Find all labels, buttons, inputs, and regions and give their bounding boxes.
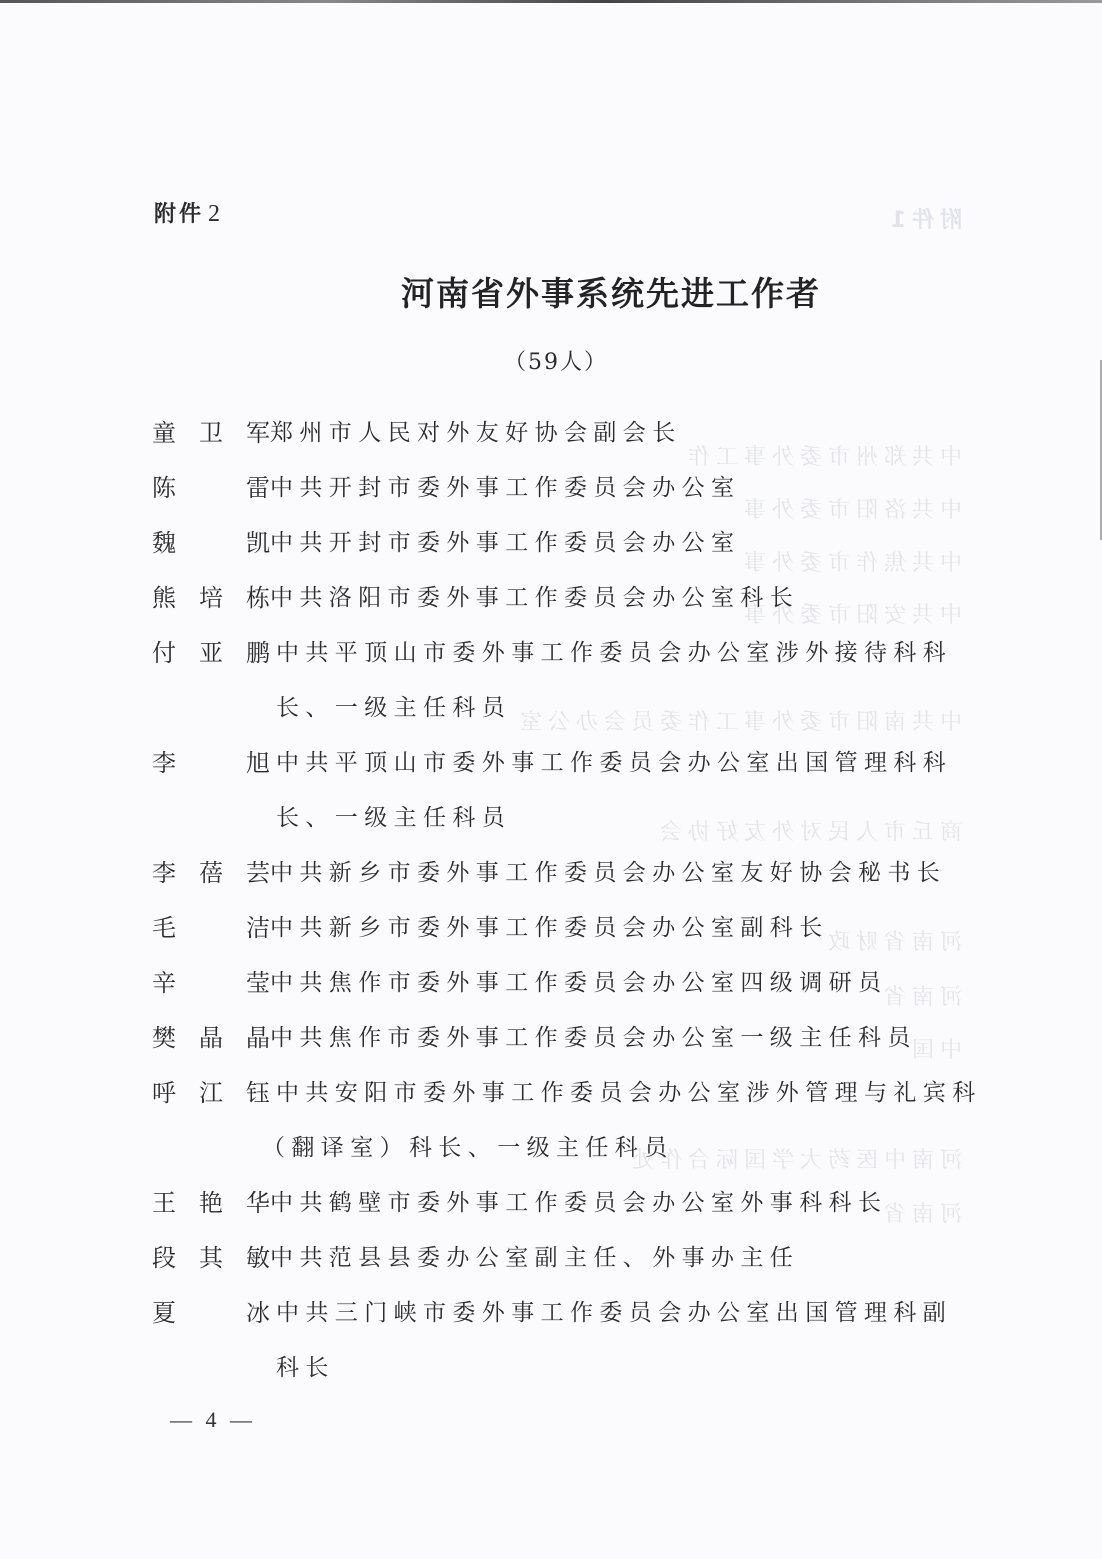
awardee-name-char: 樊 — [152, 1025, 176, 1080]
awardee-position: 中共三门峡市委外事工作委员会办公室出国管理科副科长 — [270, 1300, 972, 1410]
awardee-position-line: 中共三门峡市委外事工作委员会办公室出国管理科副 — [276, 1300, 972, 1355]
awardee-position-line: 长、一级主任科员 — [276, 805, 972, 860]
awardee-name: 童卫军 — [152, 420, 270, 475]
list-item: 段其敏中共范县县委办公室副主任、外事办主任 — [152, 1245, 972, 1300]
awardee-name-char: 熊 — [152, 585, 176, 640]
list-item: 呼江钰中共安阳市委外事工作委员会办公室涉外管理与礼宾科（翻译室）科长、一级主任科… — [152, 1080, 972, 1190]
list-item: 陈雷中共开封市委外事工作委员会办公室 — [152, 475, 972, 530]
awardee-name-char: 夏 — [152, 1300, 176, 1355]
awardee-position-line: 长、一级主任科员 — [276, 695, 972, 750]
awardee-name-char: 栋 — [246, 585, 270, 640]
awardee-position: 中共鹤壁市委外事工作委员会办公室外事科科长 — [270, 1190, 972, 1245]
awardee-position-line: （翻译室）科长、一级主任科员 — [262, 1135, 982, 1190]
awardee-name-char: 艳 — [199, 1190, 223, 1245]
awardee-name-char: 毛 — [152, 915, 176, 970]
list-item: 王艳华中共鹤壁市委外事工作委员会办公室外事科科长 — [152, 1190, 972, 1245]
list-item: 童卫军郑州市人民对外友好协会副会长 — [152, 420, 972, 475]
awardee-position: 中共洛阳市委外事工作委员会办公室科长 — [270, 585, 972, 640]
awardee-name-char: 晶 — [246, 1025, 270, 1080]
awardee-name: 李蓓芸 — [152, 860, 270, 915]
awardee-name-char: 陈 — [152, 475, 176, 530]
awardee-name-char: 凯 — [246, 530, 270, 585]
awardee-name: 李旭 — [152, 750, 270, 805]
awardee-position-line: 科长 — [276, 1355, 972, 1410]
awardee-position-line: 中共焦作市委外事工作委员会办公室四级调研员 — [270, 970, 972, 1025]
awardee-name: 夏冰 — [152, 1300, 270, 1355]
awardee-position-line: 中共范县县委办公室副主任、外事办主任 — [270, 1245, 972, 1300]
awardee-position-line: 中共平顶山市委外事工作委员会办公室涉外接待科科 — [276, 640, 972, 695]
awardee-name-char: 培 — [199, 585, 223, 640]
list-item: 熊培栋中共洛阳市委外事工作委员会办公室科长 — [152, 585, 972, 640]
awardee-name: 付亚鹏 — [152, 640, 270, 695]
awardee-name-char: 卫 — [199, 420, 223, 475]
awardee-name-char: 雷 — [246, 475, 270, 530]
awardee-name-char: 江 — [199, 1080, 223, 1135]
attachment-number: 2 — [208, 201, 223, 227]
page-number: — 4 — — [170, 1407, 256, 1433]
awardee-name-char: 李 — [152, 860, 176, 915]
scan-top-edge — [0, 0, 1102, 3]
awardee-name-char: 魏 — [152, 530, 176, 585]
awardee-name-char: 鹏 — [246, 640, 270, 695]
awardee-name-char: 晶 — [199, 1025, 223, 1080]
awardee-name-char: 童 — [152, 420, 176, 475]
awardee-position: 中共焦作市委外事工作委员会办公室一级主任科员 — [270, 1025, 972, 1080]
awardee-position: 中共焦作市委外事工作委员会办公室四级调研员 — [270, 970, 972, 1025]
page-subtitle: （59人） — [0, 345, 1102, 376]
awardee-name-char: 呼 — [152, 1080, 176, 1135]
awardee-position-line: 中共鹤壁市委外事工作委员会办公室外事科科长 — [270, 1190, 972, 1245]
awardee-name-char: 冰 — [246, 1300, 270, 1355]
list-item: 李蓓芸中共新乡市委外事工作委员会办公室友好协会秘书长 — [152, 860, 972, 915]
list-item: 毛洁中共新乡市委外事工作委员会办公室副科长 — [152, 915, 972, 970]
awardee-position: 中共开封市委外事工作委员会办公室 — [270, 530, 972, 585]
attachment-label: 附件2 — [154, 197, 223, 228]
awardee-name: 熊培栋 — [152, 585, 270, 640]
awardee-name: 辛莹 — [152, 970, 270, 1025]
awardee-position: 中共平顶山市委外事工作委员会办公室出国管理科科长、一级主任科员 — [270, 750, 972, 860]
awardee-name-char: 芸 — [246, 860, 270, 915]
awardee-position: 中共新乡市委外事工作委员会办公室友好协会秘书长 — [270, 860, 972, 915]
awardee-name-char: 王 — [152, 1190, 176, 1245]
awardee-name-char: 辛 — [152, 970, 176, 1025]
awardee-list: 童卫军郑州市人民对外友好协会副会长陈雷中共开封市委外事工作委员会办公室魏凯中共开… — [152, 420, 972, 1410]
awardee-name: 王艳华 — [152, 1190, 270, 1245]
awardee-position: 中共新乡市委外事工作委员会办公室副科长 — [270, 915, 972, 970]
awardee-name-char: 洁 — [246, 915, 270, 970]
awardee-position-line: 郑州市人民对外友好协会副会长 — [270, 420, 972, 475]
page-title: 河南省外事系统先进工作者 — [0, 268, 1102, 315]
awardee-name-char: 付 — [152, 640, 176, 695]
list-item: 付亚鹏中共平顶山市委外事工作委员会办公室涉外接待科科长、一级主任科员 — [152, 640, 972, 750]
awardee-name-char: 李 — [152, 750, 176, 805]
awardee-position: 中共安阳市委外事工作委员会办公室涉外管理与礼宾科（翻译室）科长、一级主任科员 — [270, 1080, 982, 1190]
attachment-label-text: 附件 — [154, 202, 204, 227]
awardee-name-char: 华 — [246, 1190, 270, 1245]
list-item: 夏冰中共三门峡市委外事工作委员会办公室出国管理科副科长 — [152, 1300, 972, 1410]
awardee-position-line: 中共平顶山市委外事工作委员会办公室出国管理科科 — [276, 750, 972, 805]
list-item: 辛莹中共焦作市委外事工作委员会办公室四级调研员 — [152, 970, 972, 1025]
list-item: 魏凯中共开封市委外事工作委员会办公室 — [152, 530, 972, 585]
awardee-name-char: 蓓 — [199, 860, 223, 915]
awardee-name: 陈雷 — [152, 475, 270, 530]
awardee-position-line: 中共洛阳市委外事工作委员会办公室科长 — [270, 585, 972, 640]
awardee-name: 呼江钰 — [152, 1080, 270, 1135]
awardee-position: 中共范县县委办公室副主任、外事办主任 — [270, 1245, 972, 1300]
list-item: 樊晶晶中共焦作市委外事工作委员会办公室一级主任科员 — [152, 1025, 972, 1080]
awardee-position-line: 中共焦作市委外事工作委员会办公室一级主任科员 — [270, 1025, 972, 1080]
awardee-position-line: 中共安阳市委外事工作委员会办公室涉外管理与礼宾科 — [276, 1080, 982, 1135]
awardee-position: 郑州市人民对外友好协会副会长 — [270, 420, 972, 475]
awardee-name-char: 军 — [246, 420, 270, 475]
awardee-name-char: 段 — [152, 1245, 176, 1300]
awardee-position: 中共开封市委外事工作委员会办公室 — [270, 475, 972, 530]
awardee-name: 段其敏 — [152, 1245, 270, 1300]
awardee-name: 樊晶晶 — [152, 1025, 270, 1080]
awardee-name-char: 钰 — [246, 1080, 270, 1135]
awardee-position-line: 中共开封市委外事工作委员会办公室 — [270, 475, 972, 530]
awardee-name-char: 其 — [199, 1245, 223, 1300]
awardee-name-char: 敏 — [246, 1245, 270, 1300]
awardee-name-char: 旭 — [246, 750, 270, 805]
awardee-name: 魏凯 — [152, 530, 270, 585]
awardee-name-char: 亚 — [199, 640, 223, 695]
awardee-position-line: 中共新乡市委外事工作委员会办公室友好协会秘书长 — [270, 860, 972, 915]
list-item: 李旭中共平顶山市委外事工作委员会办公室出国管理科科长、一级主任科员 — [152, 750, 972, 860]
awardee-position-line: 中共开封市委外事工作委员会办公室 — [270, 530, 972, 585]
awardee-position-line: 中共新乡市委外事工作委员会办公室副科长 — [270, 915, 972, 970]
awardee-name: 毛洁 — [152, 915, 270, 970]
awardee-position: 中共平顶山市委外事工作委员会办公室涉外接待科科长、一级主任科员 — [270, 640, 972, 750]
awardee-name-char: 莹 — [246, 970, 270, 1025]
